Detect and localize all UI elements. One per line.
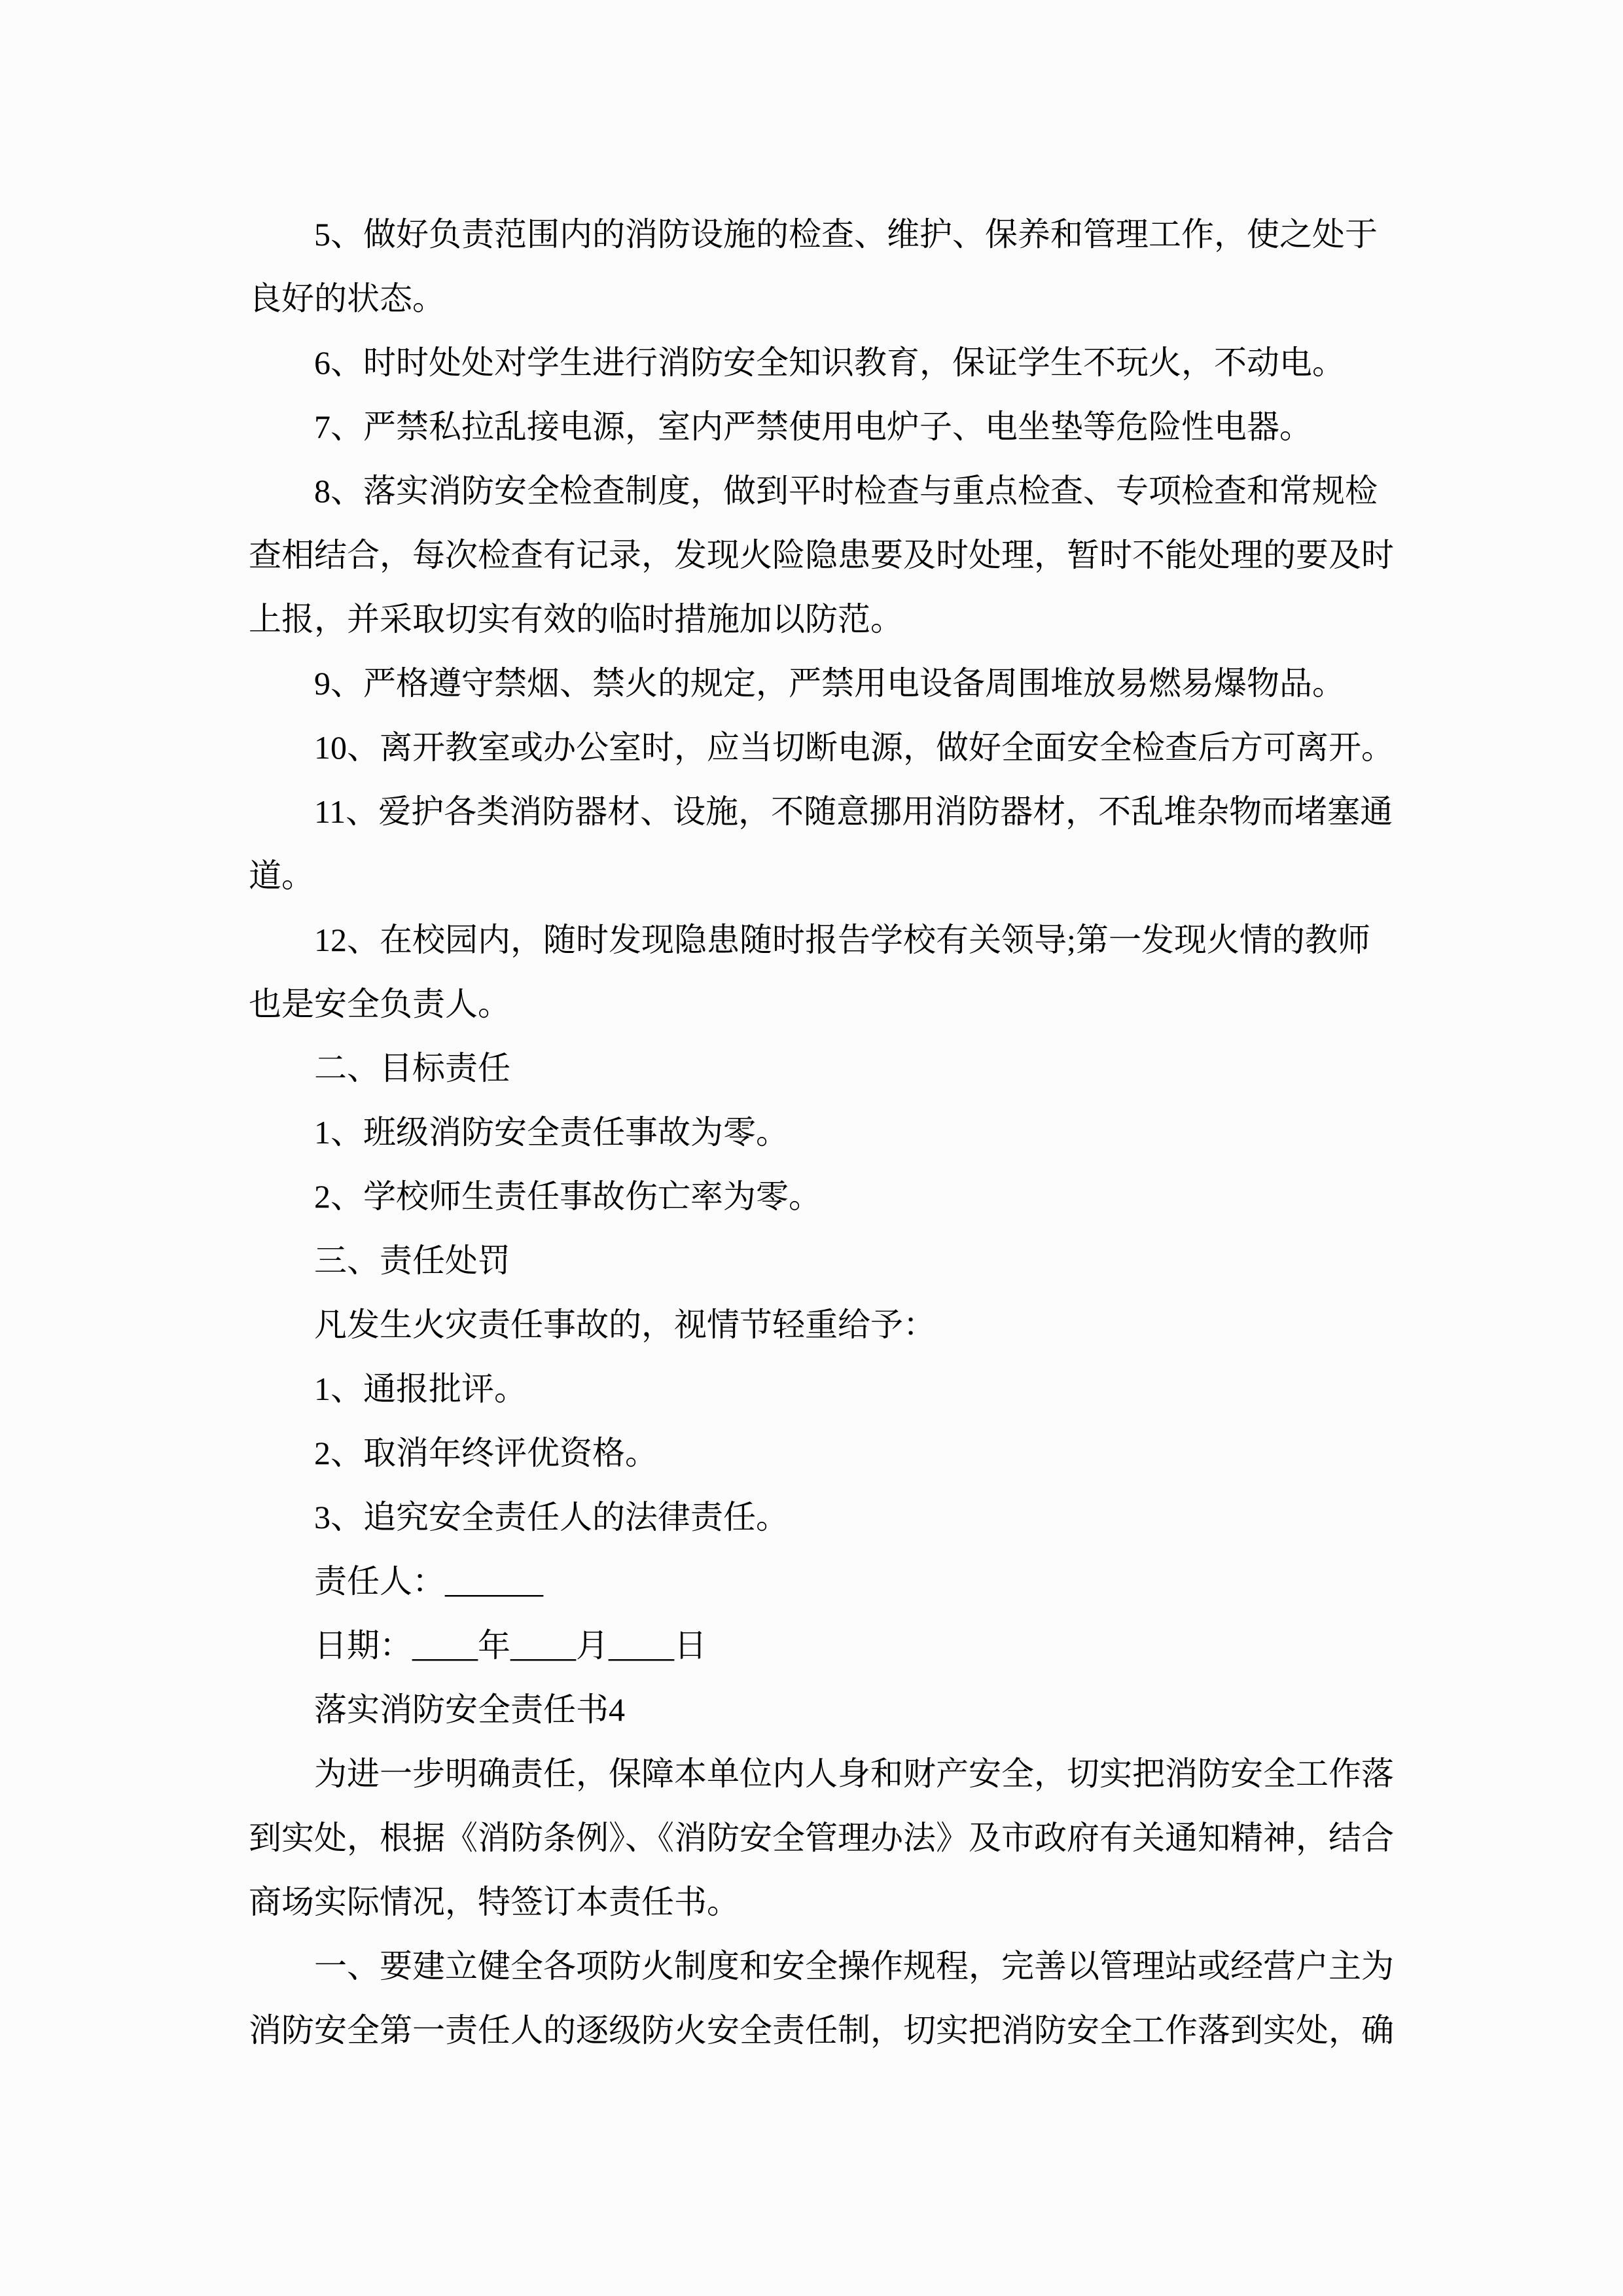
text-line: 7、严禁私拉乱接电源，室内严禁使用电炉子、电坐垫等危险性电器。 bbox=[249, 395, 1407, 459]
text-line: 上报，并采取切实有效的临时措施加以防范。 bbox=[249, 587, 1407, 651]
text-line: 为进一步明确责任，保障本单位内人身和财产安全，切实把消防安全工作落 bbox=[249, 1742, 1407, 1806]
text-line: 1、班级消防安全责任事故为零。 bbox=[249, 1100, 1407, 1164]
text-line: 落实消防安全责任书4 bbox=[249, 1677, 1407, 1742]
text-line: 责任人：______ bbox=[249, 1549, 1407, 1613]
text-line: 也是安全负责人。 bbox=[249, 972, 1407, 1036]
text-line: 道。 bbox=[249, 844, 1407, 908]
text-line: 凡发生火灾责任事故的，视情节轻重给予： bbox=[249, 1293, 1407, 1357]
text-line: 10、离开教室或办公室时，应当切断电源，做好全面安全检查后方可离开。 bbox=[249, 715, 1407, 780]
text-line: 日期：____年____月____日 bbox=[249, 1613, 1407, 1677]
text-line: 2、取消年终评优资格。 bbox=[249, 1421, 1407, 1485]
text-line: 一、要建立健全各项防火制度和安全操作规程，完善以管理站或经营户主为 bbox=[249, 1934, 1407, 1998]
text-line: 9、严格遵守禁烟、禁火的规定，严禁用电设备周围堆放易燃易爆物品。 bbox=[249, 651, 1407, 715]
text-line: 到实处，根据《消防条例》、《消防安全管理办法》及市政府有关通知精神，结合 bbox=[249, 1806, 1407, 1870]
text-line: 商场实际情况，特签订本责任书。 bbox=[249, 1870, 1407, 1934]
text-line: 消防安全第一责任人的逐级防火安全责任制，切实把消防安全工作落到实处，确 bbox=[249, 1998, 1407, 2062]
text-line: 8、落实消防安全检查制度，做到平时检查与重点检查、专项检查和常规检 bbox=[249, 459, 1407, 523]
text-line: 12、在校园内，随时发现隐患随时报告学校有关领导;第一发现火情的教师 bbox=[249, 908, 1407, 972]
text-line: 二、目标责任 bbox=[249, 1036, 1407, 1100]
text-line: 3、追究安全责任人的法律责任。 bbox=[249, 1485, 1407, 1549]
text-line: 6、时时处处对学生进行消防安全知识教育，保证学生不玩火，不动电。 bbox=[249, 331, 1407, 395]
text-line: 三、责任处罚 bbox=[249, 1229, 1407, 1293]
text-line: 11、爱护各类消防器材、设施，不随意挪用消防器材，不乱堆杂物而堵塞通 bbox=[249, 780, 1407, 844]
text-line: 1、通报批评。 bbox=[249, 1357, 1407, 1421]
text-line: 良好的状态。 bbox=[249, 266, 1407, 331]
document-body: 5、做好负责范围内的消防设施的检查、维护、保养和管理工作，使之处于良好的状态。6… bbox=[249, 202, 1407, 2062]
text-line: 查相结合，每次检查有记录，发现火险隐患要及时处理，暂时不能处理的要及时 bbox=[249, 523, 1407, 587]
document-page: 5、做好负责范围内的消防设施的检查、维护、保养和管理工作，使之处于良好的状态。6… bbox=[0, 0, 1623, 2296]
text-line: 5、做好负责范围内的消防设施的检查、维护、保养和管理工作，使之处于 bbox=[249, 202, 1407, 266]
text-line: 2、学校师生责任事故伤亡率为零。 bbox=[249, 1164, 1407, 1229]
